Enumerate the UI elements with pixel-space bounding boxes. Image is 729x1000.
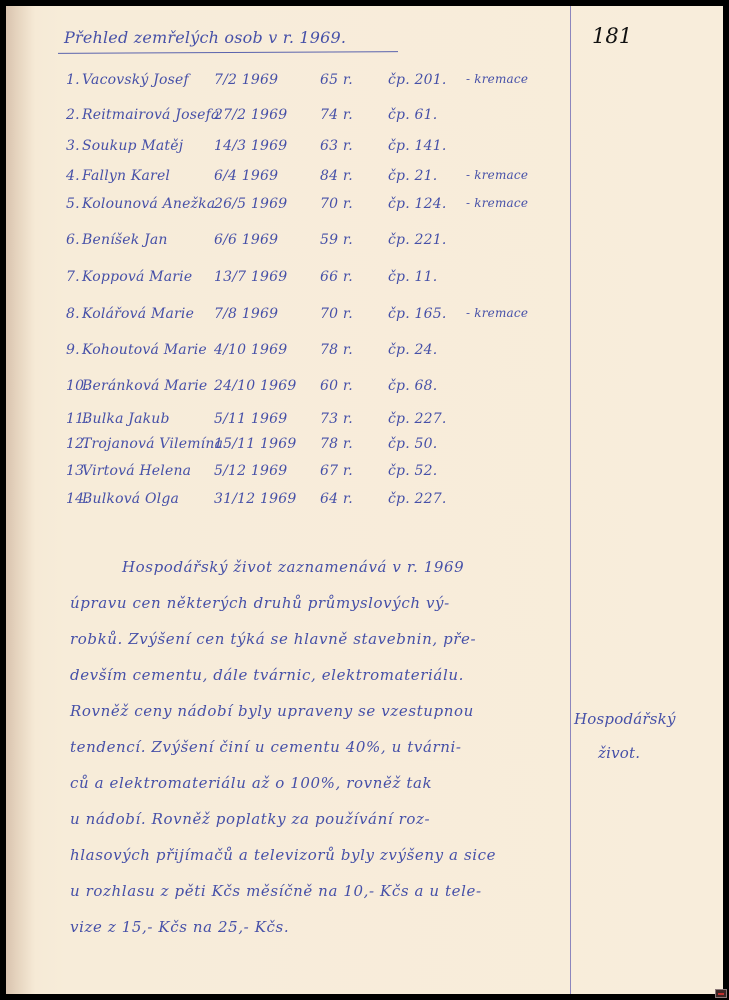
entry-note: - kremace	[466, 306, 528, 320]
paragraph-line: úpravu cen některých druhů průmyslových …	[70, 594, 450, 612]
entry-age: 74 r.	[320, 107, 353, 123]
entry-name: Beníšek Jan	[82, 232, 168, 248]
entry-number: 2.	[66, 107, 80, 123]
paragraph-line: devším cementu, dále tvárnic, elektromat…	[70, 666, 464, 684]
entry-name: Vacovský Josef	[82, 72, 189, 88]
entry-number: 1.	[66, 72, 80, 88]
entry-name: Beránková Marie	[82, 378, 207, 394]
page-number: 181	[592, 24, 632, 48]
entry-note: - kremace	[466, 168, 528, 182]
entry-age: 64 r.	[320, 491, 353, 507]
entry-address: čp. 227.	[388, 411, 446, 427]
margin-note-line: život.	[598, 744, 676, 762]
entry-age: 66 r.	[320, 269, 353, 285]
entry-age: 78 r.	[320, 436, 353, 452]
entry-number: 6.	[66, 232, 80, 248]
entry-age: 73 r.	[320, 411, 353, 427]
title-underline	[58, 51, 398, 54]
entry-number: 3.	[66, 138, 80, 154]
paragraph-line: hlasových přijímačů a televizorů byly zv…	[70, 846, 496, 864]
entry-age: 70 r.	[320, 306, 353, 322]
entry-name: Bulka Jakub	[82, 411, 170, 427]
entry-address: čp. 21.	[388, 168, 437, 184]
entry-address: čp. 201.	[388, 72, 446, 88]
entry-address: čp. 221.	[388, 232, 446, 248]
entry-name: Kolounová Anežka	[82, 196, 215, 212]
entry-name: Trojanová Vilemína	[82, 436, 223, 452]
paragraph-line: u nádobí. Rovněž poplatky za používání r…	[70, 810, 430, 828]
entry-age: 84 r.	[320, 168, 353, 184]
entry-note: - kremace	[466, 196, 528, 210]
paragraph-line: robků. Zvýšení cen týká se hlavně staveb…	[70, 630, 476, 648]
entry-number: 4.	[66, 168, 80, 184]
minimize-icon[interactable]	[715, 989, 727, 998]
entry-age: 70 r.	[320, 196, 353, 212]
page-title: Přehled zemřelých osob v r. 1969.	[64, 28, 346, 47]
entry-name: Fallyn Karel	[82, 168, 170, 184]
entry-date: 6/4 1969	[214, 168, 278, 184]
entry-date: 14/3 1969	[214, 138, 287, 154]
entry-date: 7/8 1969	[214, 306, 278, 322]
entry-number: 9.	[66, 342, 80, 358]
entry-address: čp. 68.	[388, 378, 437, 394]
entry-number: 5.	[66, 196, 80, 212]
paragraph-line: vize z 15,- Kčs na 25,- Kčs.	[70, 918, 289, 936]
entry-name: Virtová Helena	[82, 463, 191, 479]
entry-date: 15/11 1969	[214, 436, 296, 452]
entry-address: čp. 50.	[388, 436, 437, 452]
entry-date: 27/2 1969	[214, 107, 287, 123]
entry-date: 26/5 1969	[214, 196, 287, 212]
entry-name: Kolářová Marie	[82, 306, 194, 322]
entry-name: Reitmairová Josefa	[82, 107, 220, 123]
entry-name: Kohoutová Marie	[82, 342, 207, 358]
entry-date: 6/6 1969	[214, 232, 278, 248]
paragraph-line: u rozhlasu z pěti Kčs měsíčně na 10,- Kč…	[70, 882, 482, 900]
entry-age: 59 r.	[320, 232, 353, 248]
paragraph-line: tendencí. Zvýšení činí u cementu 40%, u …	[70, 738, 462, 756]
entry-name: Koppová Marie	[82, 269, 192, 285]
entry-date: 31/12 1969	[214, 491, 296, 507]
entry-age: 65 r.	[320, 72, 353, 88]
entry-address: čp. 52.	[388, 463, 437, 479]
paragraph-line: Hospodářský život zaznamenává v r. 1969	[122, 558, 464, 576]
paragraph-line: Rovněž ceny nádobí byly upraveny se vzes…	[70, 702, 474, 720]
entry-address: čp. 141.	[388, 138, 446, 154]
entry-address: čp. 11.	[388, 269, 437, 285]
entry-date: 5/12 1969	[214, 463, 287, 479]
entry-date: 5/11 1969	[214, 411, 287, 427]
entry-address: čp. 124.	[388, 196, 446, 212]
entry-date: 24/10 1969	[214, 378, 296, 394]
entry-name: Bulková Olga	[82, 491, 179, 507]
entry-name: Soukup Matěj	[82, 138, 183, 154]
margin-note-line: Hospodářský	[574, 710, 676, 728]
paragraph-line: ců a elektromateriálu až o 100%, rovněž …	[70, 774, 432, 792]
entry-date: 4/10 1969	[214, 342, 287, 358]
entry-number: 8.	[66, 306, 80, 322]
binding-shadow	[6, 6, 36, 994]
margin-note: Hospodářský život.	[574, 710, 676, 762]
entry-age: 60 r.	[320, 378, 353, 394]
entry-date: 7/2 1969	[214, 72, 278, 88]
entry-age: 63 r.	[320, 138, 353, 154]
entry-age: 78 r.	[320, 342, 353, 358]
entry-date: 13/7 1969	[214, 269, 287, 285]
margin-line	[570, 6, 571, 994]
entry-address: čp. 227.	[388, 491, 446, 507]
entry-address: čp. 165.	[388, 306, 446, 322]
entry-number: 7.	[66, 269, 80, 285]
entry-address: čp. 24.	[388, 342, 437, 358]
entry-address: čp. 61.	[388, 107, 437, 123]
document-page: 181 Přehled zemřelých osob v r. 1969. 1.…	[6, 6, 723, 994]
entry-note: - kremace	[466, 72, 528, 86]
entry-age: 67 r.	[320, 463, 353, 479]
